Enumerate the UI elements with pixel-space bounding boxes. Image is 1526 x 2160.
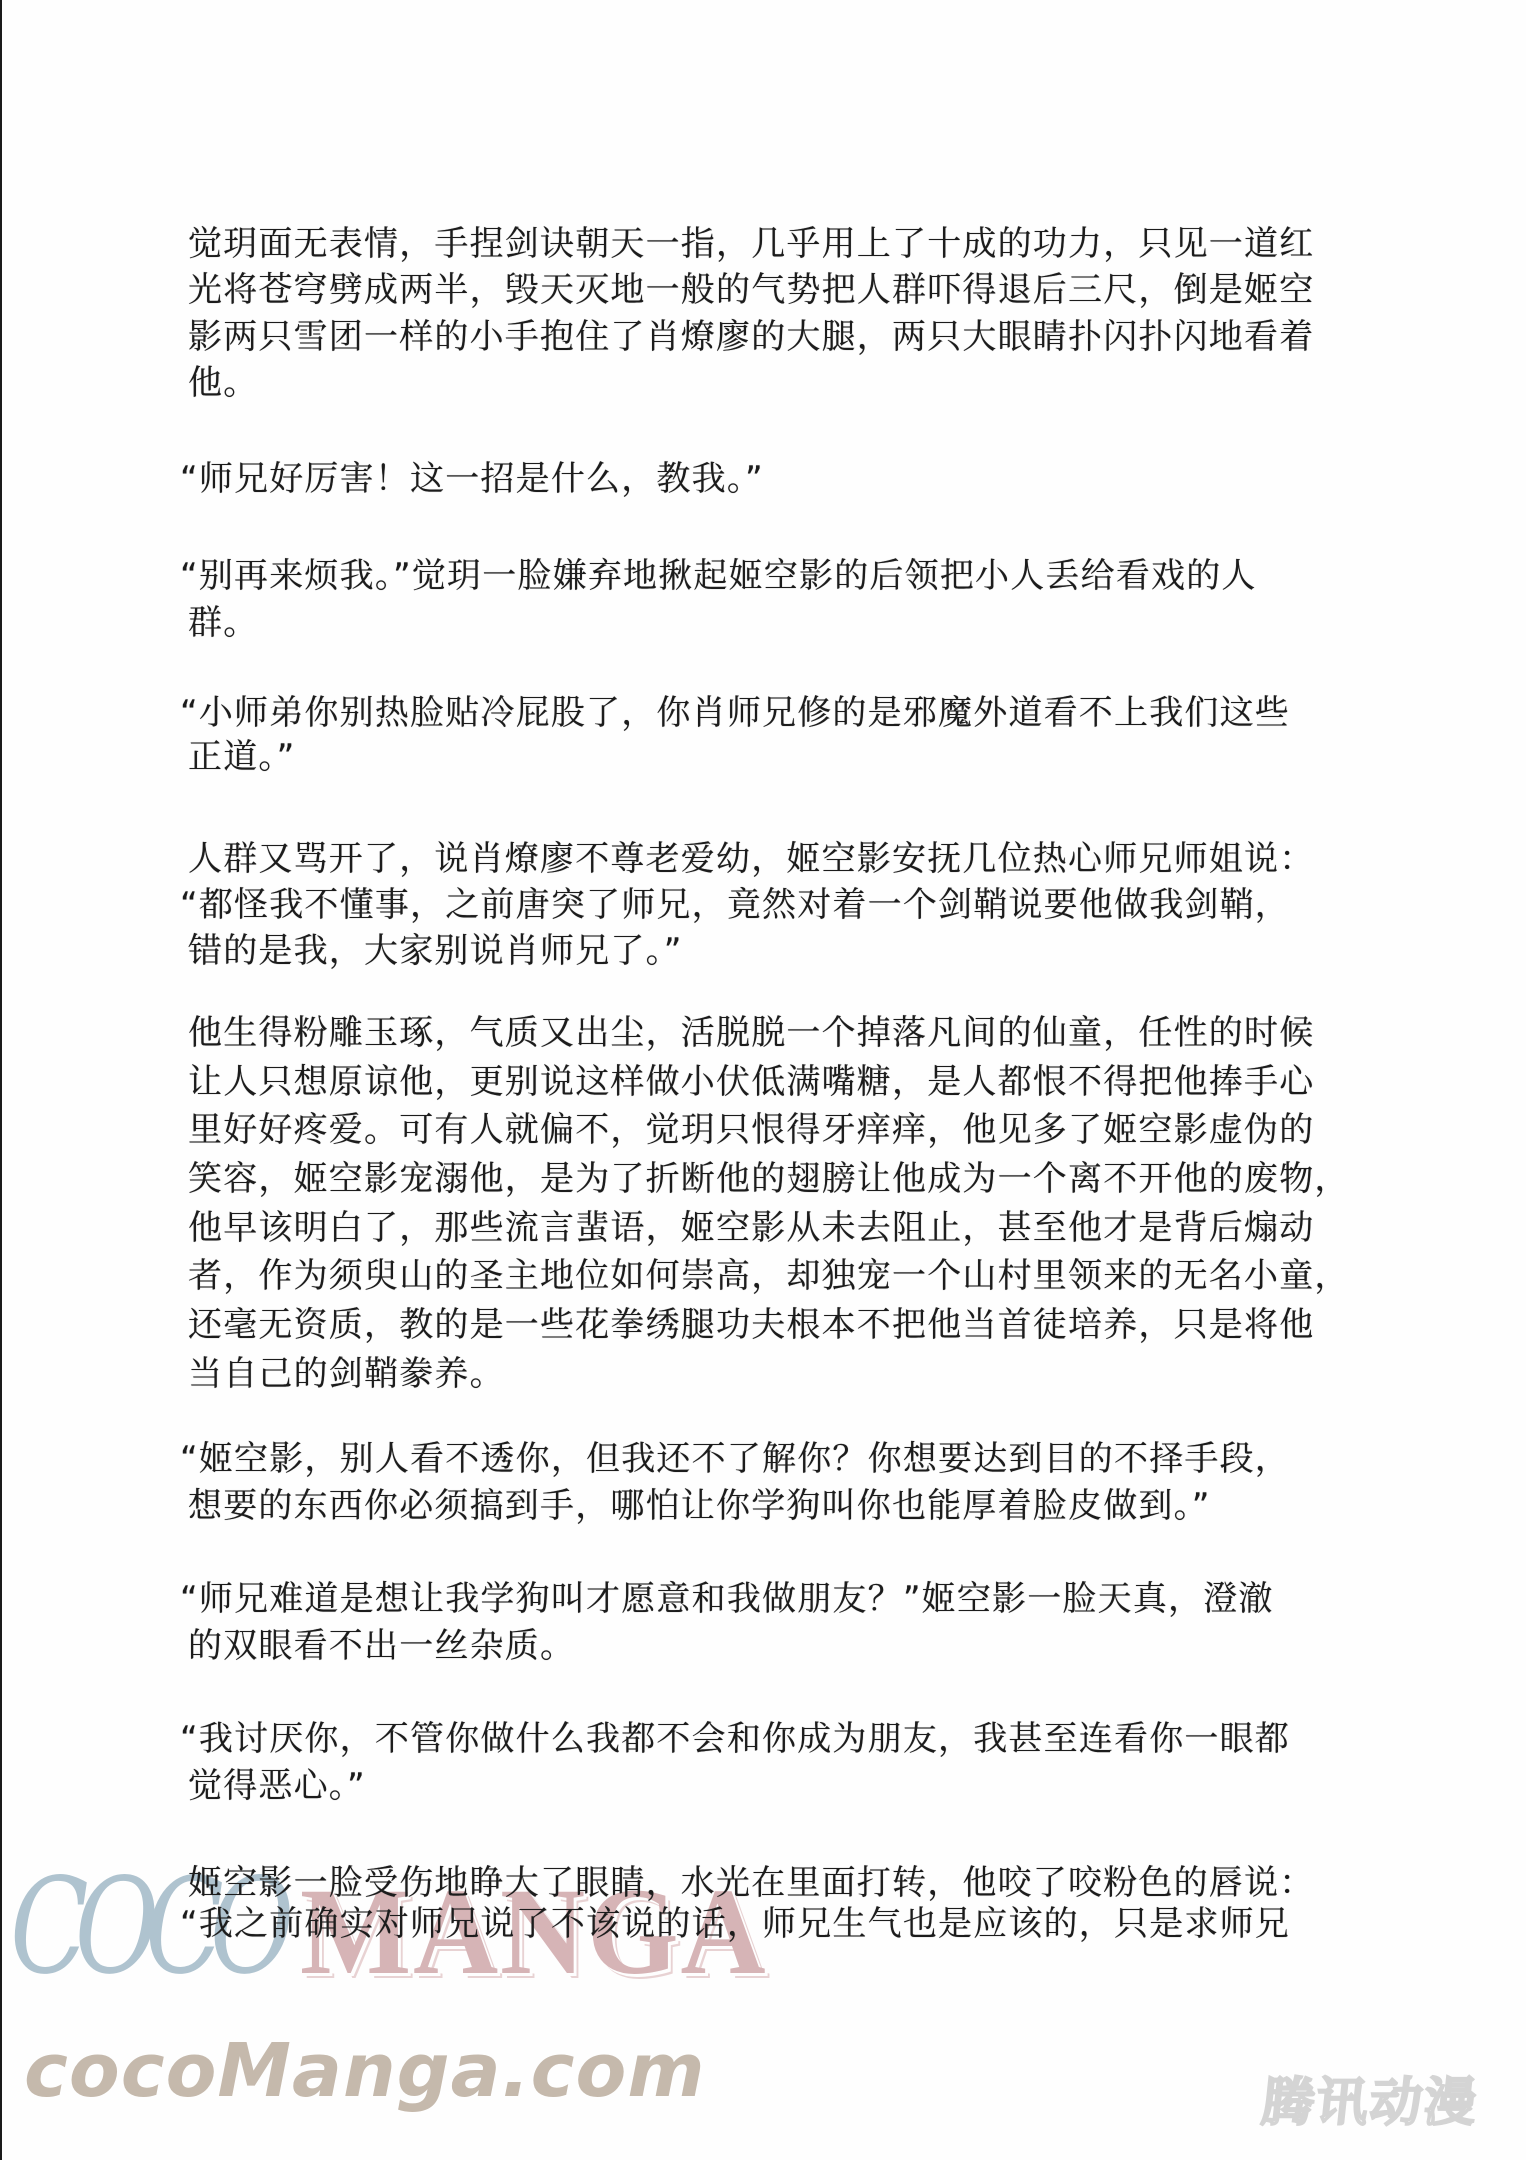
text-line: “都怪我不懂事，之前唐突了师兄，竟然对着一个剑鞘说要他做我剑鞘，: [180, 883, 1380, 927]
text-line: “姬空影，别人看不透你，但我还不了解你？你想要达到目的不择手段，: [180, 1437, 1380, 1481]
text-line: 他生得粉雕玉琢，气质又出尘，活脱脱一个掉落凡间的仙童，任性的时候: [188, 1011, 1388, 1055]
text-line: 光将苍穹劈成两半，毁天灭地一般的气势把人群吓得退后三尺，倒是姬空: [188, 268, 1388, 312]
text-line: 错的是我，大家别说肖师兄了。”: [188, 929, 1388, 973]
text-line: 他。: [188, 361, 1388, 405]
text-line: 笑容，姬空影宠溺他，是为了折断他的翅膀让他成为一个离不开他的废物，: [188, 1157, 1388, 1201]
page-left-border: [0, 0, 2, 2160]
text-line: 者，作为须臾山的圣主地位如何崇高，却独宠一个山村里领来的无名小童，: [188, 1254, 1388, 1298]
novel-page: 觉玥面无表情，手捏剑诀朝天一指，几乎用上了十成的功力，只见一道红 光将苍穹劈成两…: [0, 0, 1526, 2160]
watermark-tencent-comics: 腾讯动漫: [1258, 2068, 1505, 2138]
text-line: 姬空影一脸受伤地睁大了眼睛，水光在里面打转，他咬了咬粉色的唇说：: [188, 1861, 1388, 1905]
text-line: 影两只雪团一样的小手抱住了肖燎廖的大腿，两只大眼睛扑闪扑闪地看着: [188, 315, 1388, 359]
text-line: 正道。”: [188, 735, 1388, 779]
text-line: 觉得恶心。”: [188, 1764, 1388, 1808]
text-line: “我之前确实对师兄说了不该说的话，师兄生气也是应该的，只是求师兄: [180, 1902, 1380, 1946]
text-line: 觉玥面无表情，手捏剑诀朝天一指，几乎用上了十成的功力，只见一道红: [188, 222, 1388, 266]
text-line: 的双眼看不出一丝杂质。: [188, 1624, 1388, 1668]
text-line: 还毫无资质，教的是一些花拳绣腿功夫根本不把他当首徒培养，只是将他: [188, 1303, 1388, 1347]
text-line: 当自己的剑鞘豢养。: [188, 1352, 1388, 1396]
text-line: 里好好疼爱。可有人就偏不，觉玥只恨得牙痒痒，他见多了姬空影虚伪的: [188, 1108, 1388, 1152]
text-line: “小师弟你别热脸贴冷屁股了，你肖师兄修的是邪魔外道看不上我们这些: [180, 691, 1380, 735]
text-line: 让人只想原谅他，更别说这样做小伏低满嘴糖，是人都恨不得把他捧手心: [188, 1060, 1388, 1104]
text-line: 群。: [188, 601, 1388, 645]
text-line: 想要的东西你必须搞到手，哪怕让你学狗叫你也能厚着脸皮做到。”: [188, 1484, 1388, 1528]
text-line: “别再来烦我。”觉玥一脸嫌弃地揪起姬空影的后领把小人丢给看戏的人: [180, 554, 1380, 598]
watermark-url: cocoManga.com: [24, 2026, 706, 2116]
text-line: “师兄难道是想让我学狗叫才愿意和我做朋友？”姬空影一脸天真，澄澈: [180, 1577, 1380, 1621]
text-line: 他早该明白了，那些流言蜚语，姬空影从未去阻止，甚至他才是背后煽动: [188, 1206, 1388, 1250]
text-line: “师兄好厉害！这一招是什么，教我。”: [180, 457, 1380, 501]
text-line: “我讨厌你，不管你做什么我都不会和你成为朋友，我甚至连看你一眼都: [180, 1717, 1380, 1761]
text-line: 人群又骂开了，说肖燎廖不尊老爱幼，姬空影安抚几位热心师兄师姐说：: [188, 837, 1388, 881]
